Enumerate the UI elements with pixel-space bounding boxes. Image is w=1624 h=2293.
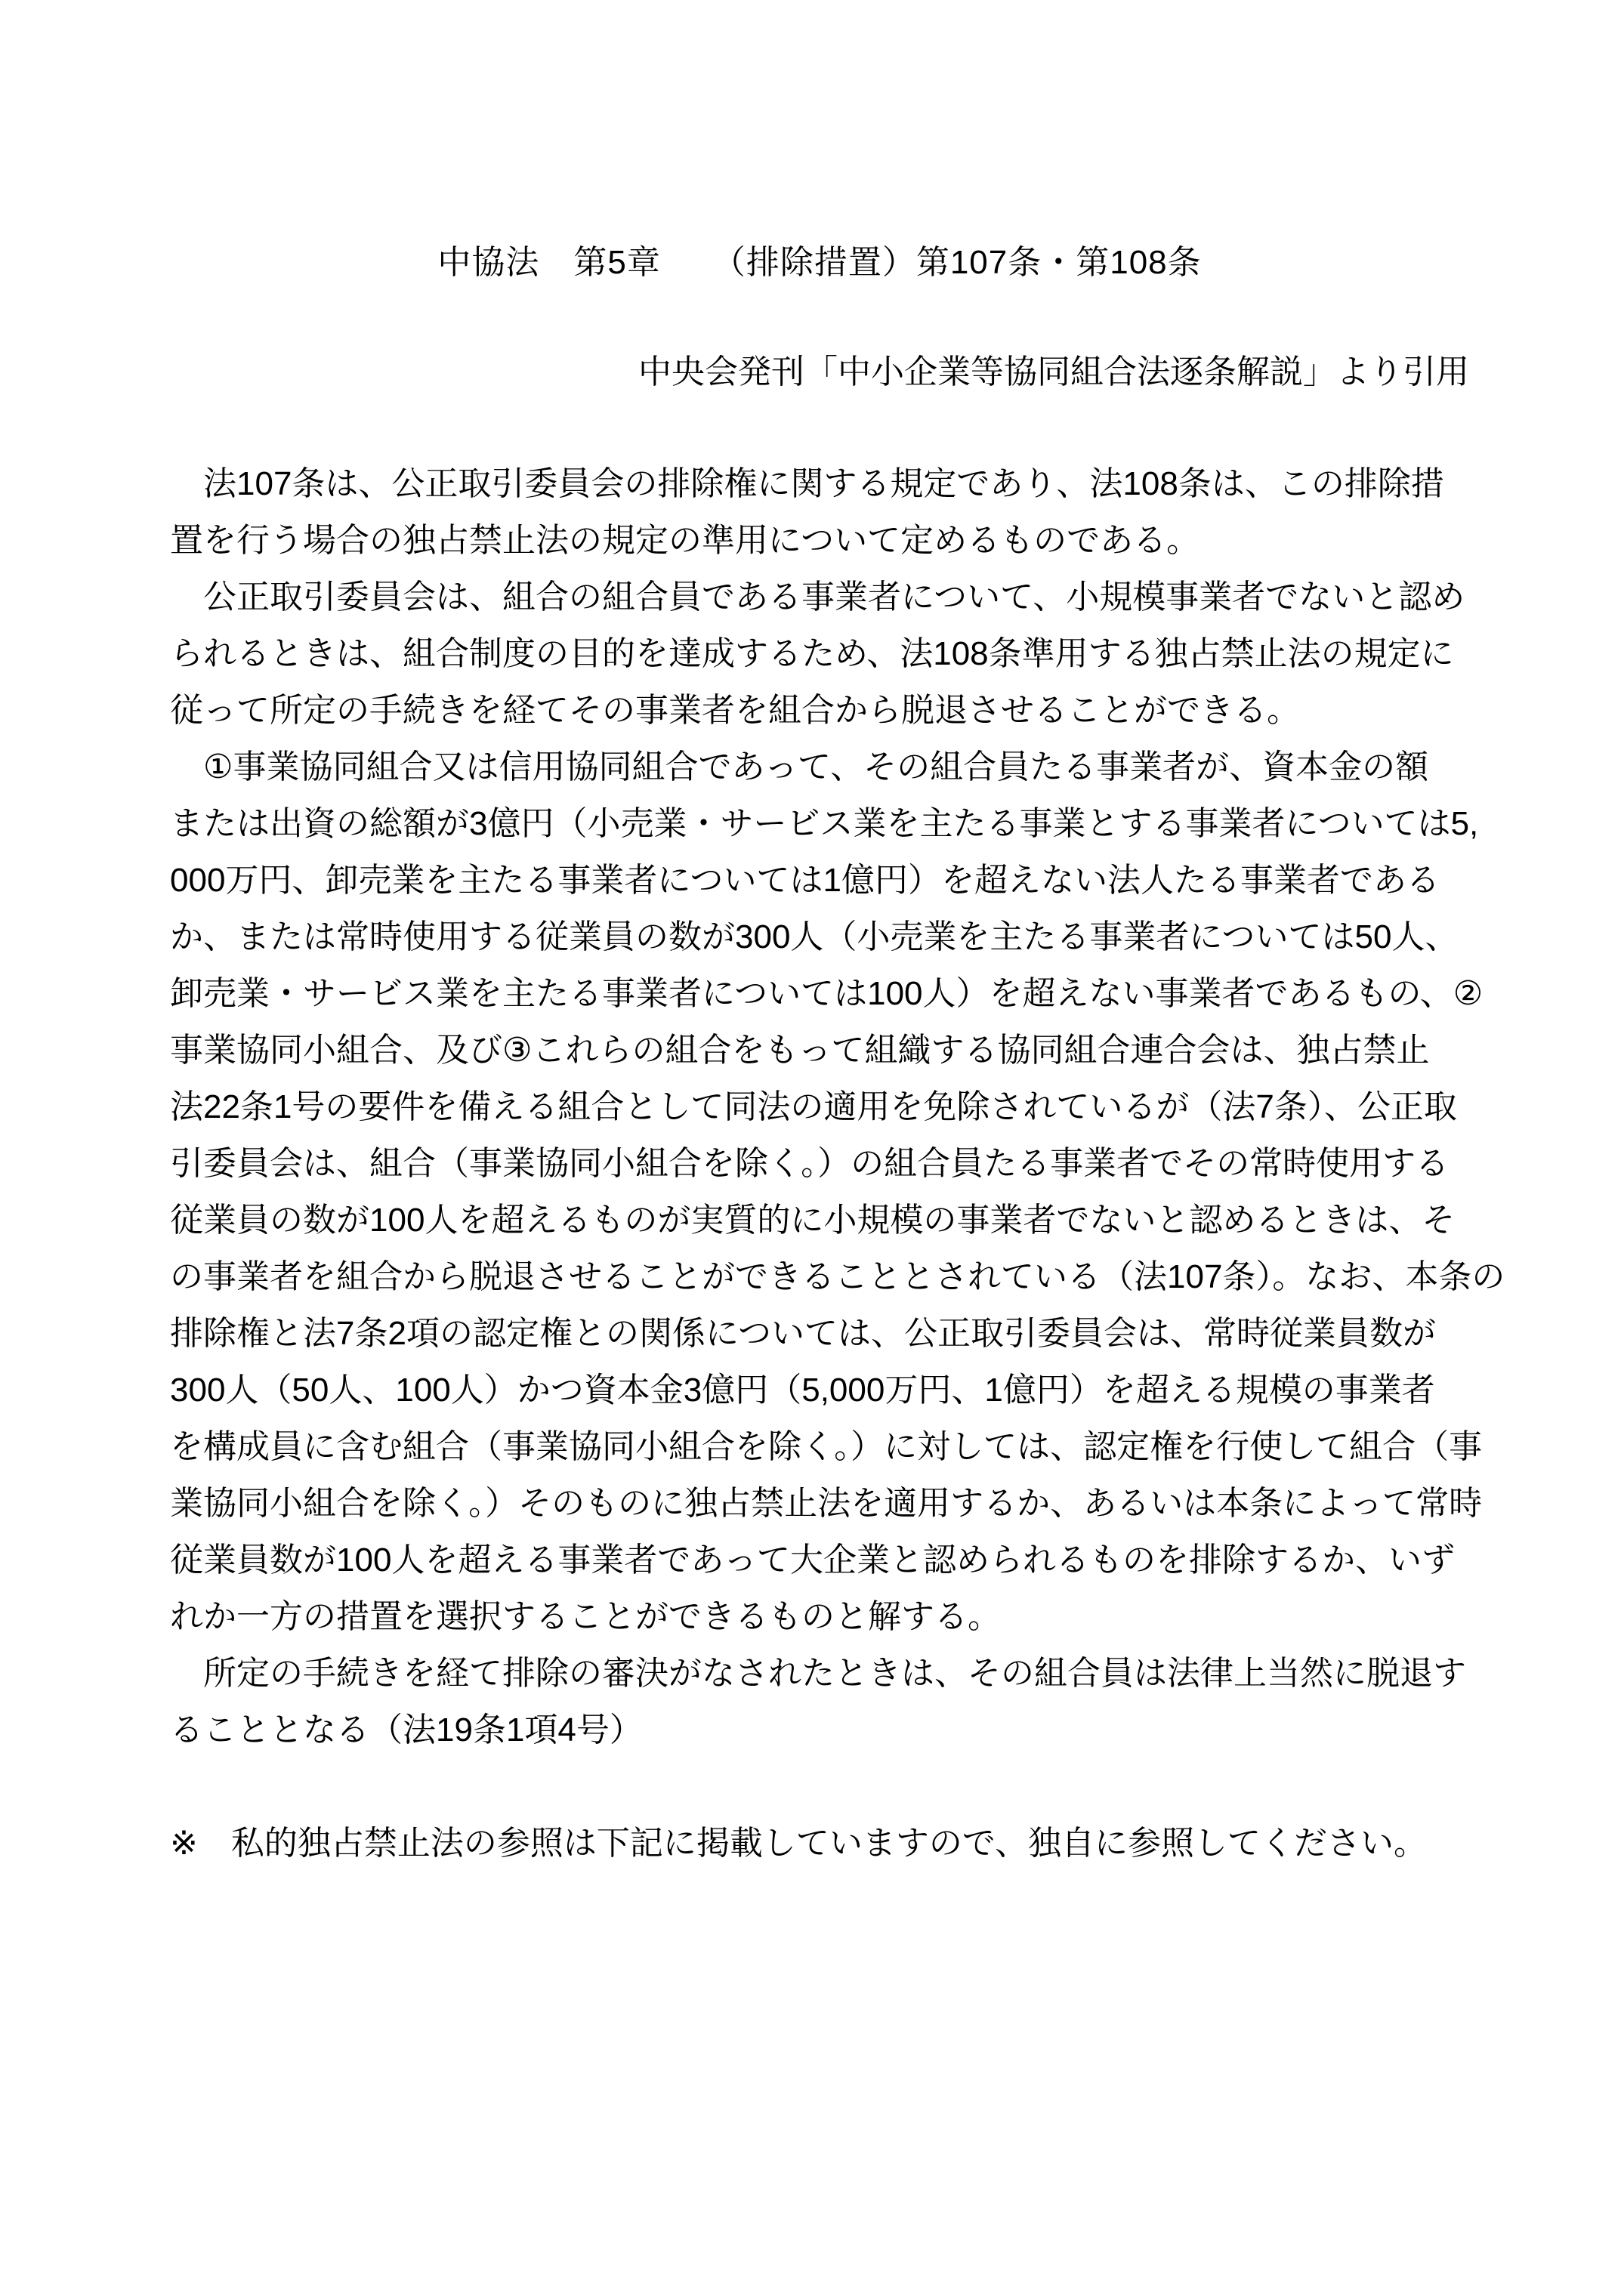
body-line: 事業協同小組合、及び③これらの組合をもって組織する協同組合連合会は、独占禁止 <box>170 1022 1499 1079</box>
body-line: 法22条1号の要件を備える組合として同法の適用を免除されているが（法7条）、公正… <box>170 1079 1499 1135</box>
body-line: 000万円、卸売業を主たる事業者については1億円）を超えない法人たる事業者である <box>170 852 1499 909</box>
body-line: 従業員の数が100人を超えるものが実質的に小規模の事業者でないと認めるときは、そ <box>170 1192 1499 1248</box>
body-line: ①事業協同組合又は信用協同組合であって、その組合員たる事業者が、資本金の額 <box>170 739 1499 795</box>
body-line: 業協同小組合を除く。）そのものに独占禁止法を適用するか、あるいは本条によって常時 <box>170 1475 1499 1532</box>
body-line: 所定の手続きを経て排除の審決がなされたときは、その組合員は法律上当然に脱退す <box>170 1645 1499 1702</box>
body-line: 300人（50人、100人）かつ資本金3億円（5,000万円、1億円）を超える規… <box>170 1362 1499 1418</box>
body-line: 従って所定の手続きを経てその事業者を組合から脱退させることができる。 <box>170 682 1499 739</box>
body-line: 卸売業・サービス業を主たる事業者については100人）を超えない事業者であるもの、… <box>170 965 1499 1022</box>
body-line: 置を行う場合の独占禁止法の規定の準用について定めるものである。 <box>170 512 1499 569</box>
attribution-line: 中央会発刊「中小企業等協同組合法逐条解説」より引用 <box>170 344 1469 400</box>
body-line: れか一方の措置を選択することができるものと解する。 <box>170 1588 1499 1645</box>
body-line: 公正取引委員会は、組合の組合員である事業者について、小規模事業者でないと認め <box>170 569 1499 625</box>
body-line: 引委員会は、組合（事業協同小組合を除く。）の組合員たる事業者でその常時使用する <box>170 1135 1499 1192</box>
page-title: 中協法 第5章 （排除措置）第107条・第108条 <box>170 234 1469 291</box>
body-line: 排除権と法7条2項の認定権との関係については、公正取引委員会は、常時従業員数が <box>170 1305 1499 1362</box>
body-line: 法107条は、公正取引委員会の排除権に関する規定であり、法108条は、この排除措 <box>170 455 1499 512</box>
body-line: の事業者を組合から脱退させることができることとされている（法107条）。なお、本… <box>170 1248 1499 1305</box>
body-text: 法107条は、公正取引委員会の排除権に関する規定であり、法108条は、この排除措… <box>170 455 1499 1758</box>
body-line: られるときは、組合制度の目的を達成するため、法108条準用する独占禁止法の規定に <box>170 625 1499 682</box>
document-page: 中協法 第5章 （排除措置）第107条・第108条 中央会発刊「中小企業等協同組… <box>0 0 1624 2293</box>
body-line: 従業員数が100人を超える事業者であって大企業と認められるものを排除するか、いず <box>170 1532 1499 1588</box>
body-line: ることとなる（法19条1項4号） <box>170 1702 1499 1758</box>
body-line: を構成員に含む組合（事業協同小組合を除く。）に対しては、認定権を行使して組合（事 <box>170 1418 1499 1475</box>
body-line: か、または常時使用する従業員の数が300人（小売業を主たる事業者については50人… <box>170 909 1499 965</box>
body-line: または出資の総額が3億円（小売業・サービス業を主たる事業とする事業者については5… <box>170 795 1499 852</box>
note-line: ※ 私的独占禁止法の参照は下記に掲載していますので、独自に参照してください。 <box>170 1815 1499 1872</box>
